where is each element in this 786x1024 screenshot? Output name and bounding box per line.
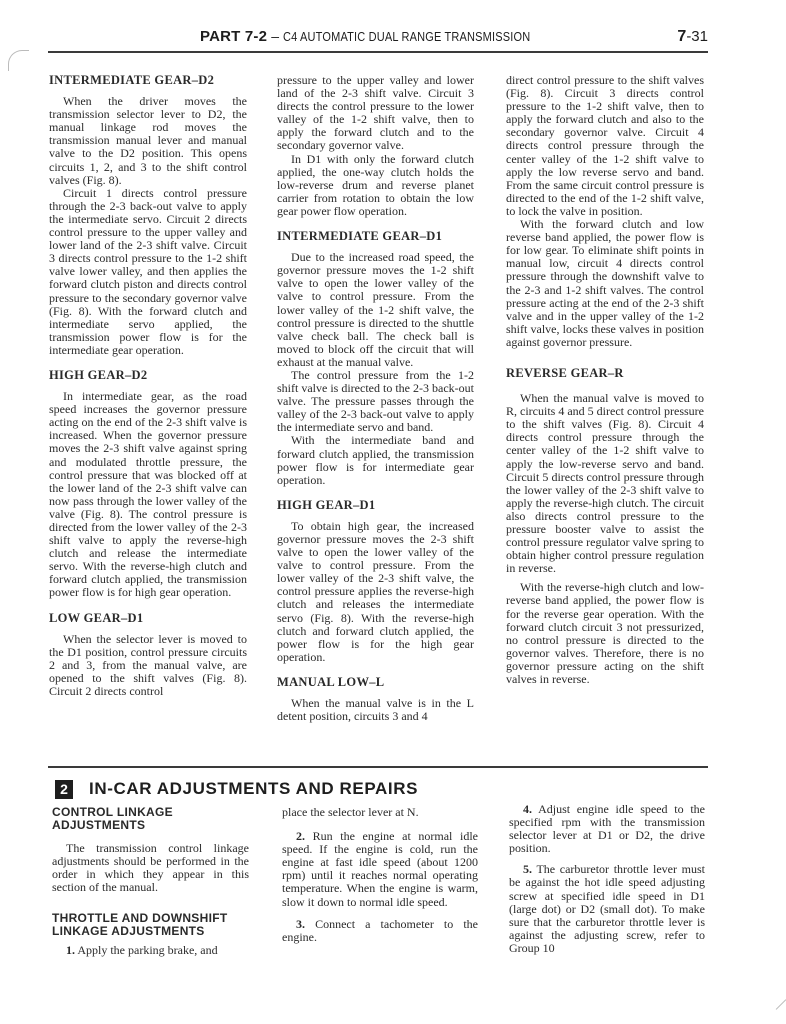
heading-high-gear-d2: HIGH GEAR–D2: [49, 369, 247, 382]
step-2: 2. Run the engine at normal idle speed. …: [282, 830, 478, 909]
step-5: 5. The carburetor throttle lever must be…: [509, 863, 705, 955]
step-number: 3.: [296, 917, 305, 931]
heading-intermediate-gear-d2: INTERMEDIATE GEAR–D2: [49, 74, 247, 87]
step-number: 4.: [523, 802, 532, 816]
section-title: IN-CAR ADJUSTMENTS AND REPAIRS: [89, 779, 418, 799]
paragraph: The control pressure from the 1-2 shift …: [277, 369, 474, 434]
paragraph: direct control pressure to the shift val…: [506, 74, 704, 218]
paragraph: Due to the increased road speed, the gov…: [277, 251, 474, 369]
step-3: 3. Connect a tachometer to the engine.: [282, 918, 478, 944]
section-rule: [48, 766, 708, 768]
column-2: pressure to the upper valley and lower l…: [277, 74, 474, 723]
paragraph: To obtain high gear, the increased gover…: [277, 520, 474, 664]
step-number: 5.: [523, 862, 532, 876]
paragraph: In D1 with only the forward clutch appli…: [277, 153, 474, 218]
title-dash: –: [267, 28, 283, 44]
paragraph: When the manual valve is moved to R, cir…: [506, 392, 704, 575]
page-header: PART 7-2 – C4 AUTOMATIC DUAL RANGE TRANS…: [48, 28, 708, 50]
heading-high-gear-d1: HIGH GEAR–D1: [277, 499, 474, 512]
step-text: Run the engine at normal idle speed. If …: [282, 829, 478, 908]
page-number: 7-31: [677, 28, 708, 46]
paragraph: When the selector lever is moved to the …: [49, 633, 247, 698]
paragraph: Circuit 1 directs control pressure throu…: [49, 187, 247, 357]
title-subtitle: C4 AUTOMATIC DUAL RANGE TRANSMISSION: [283, 30, 530, 44]
paragraph: When the driver moves the transmission s…: [49, 95, 247, 187]
step-number: 1.: [66, 943, 75, 957]
column-3: direct control pressure to the shift val…: [506, 74, 704, 686]
header-rule: [48, 51, 708, 53]
paragraph: With the forward clutch and low reverse …: [506, 218, 704, 349]
heading-control-linkage-adjustments: CONTROL LINKAGE ADJUSTMENTS: [52, 806, 182, 832]
step-number: 2.: [296, 829, 305, 843]
heading-low-gear-d1: LOW GEAR–D1: [49, 612, 247, 625]
heading-reverse-gear-r: REVERSE GEAR–R: [506, 367, 704, 380]
step-text: Apply the parking brake, and: [75, 943, 218, 957]
heading-throttle-downshift-linkage: THROTTLE AND DOWNSHIFT LINKAGE ADJUSTMEN…: [52, 912, 242, 938]
paragraph: When the manual valve is in the L detent…: [277, 697, 474, 723]
step-1: 1. Apply the parking brake, and: [52, 944, 249, 957]
page-chapter: 7: [677, 28, 686, 45]
paragraph: With the intermediate band and forward c…: [277, 434, 474, 486]
paragraph: pressure to the upper valley and lower l…: [277, 74, 474, 153]
section-2-column-3: 4. Adjust engine idle speed to the speci…: [509, 803, 705, 955]
page-number-value: -31: [686, 28, 708, 45]
page-corner-mark: [8, 50, 29, 71]
section-2-column-2: place the selector lever at N. 2. Run th…: [282, 806, 478, 944]
paragraph: The transmission control linkage adjustm…: [52, 842, 249, 894]
section-2-heading: 2 IN-CAR ADJUSTMENTS AND REPAIRS: [55, 779, 418, 799]
step-text: Connect a tachometer to the engine.: [282, 917, 478, 944]
paragraph: In intermediate gear, as the road speed …: [49, 390, 247, 600]
section-number-badge: 2: [55, 780, 73, 799]
paragraph: place the selector lever at N.: [282, 806, 478, 819]
step-text: The carburetor throttle lever must be ag…: [509, 862, 705, 955]
paragraph: With the reverse-high clutch and low-rev…: [506, 581, 704, 686]
heading-manual-low-l: MANUAL LOW–L: [277, 676, 474, 689]
step-4: 4. Adjust engine idle speed to the speci…: [509, 803, 705, 855]
heading-intermediate-gear-d1: INTERMEDIATE GEAR–D1: [277, 230, 474, 243]
section-2-column-1: CONTROL LINKAGE ADJUSTMENTS The transmis…: [52, 806, 249, 957]
column-1: INTERMEDIATE GEAR–D2 When the driver mov…: [49, 74, 247, 698]
running-title: PART 7-2 – C4 AUTOMATIC DUAL RANGE TRANS…: [200, 28, 564, 45]
part-label: PART 7-2: [200, 28, 267, 45]
step-text: Adjust engine idle speed to the specifie…: [509, 802, 705, 855]
page-edge-mark: [776, 999, 786, 1010]
